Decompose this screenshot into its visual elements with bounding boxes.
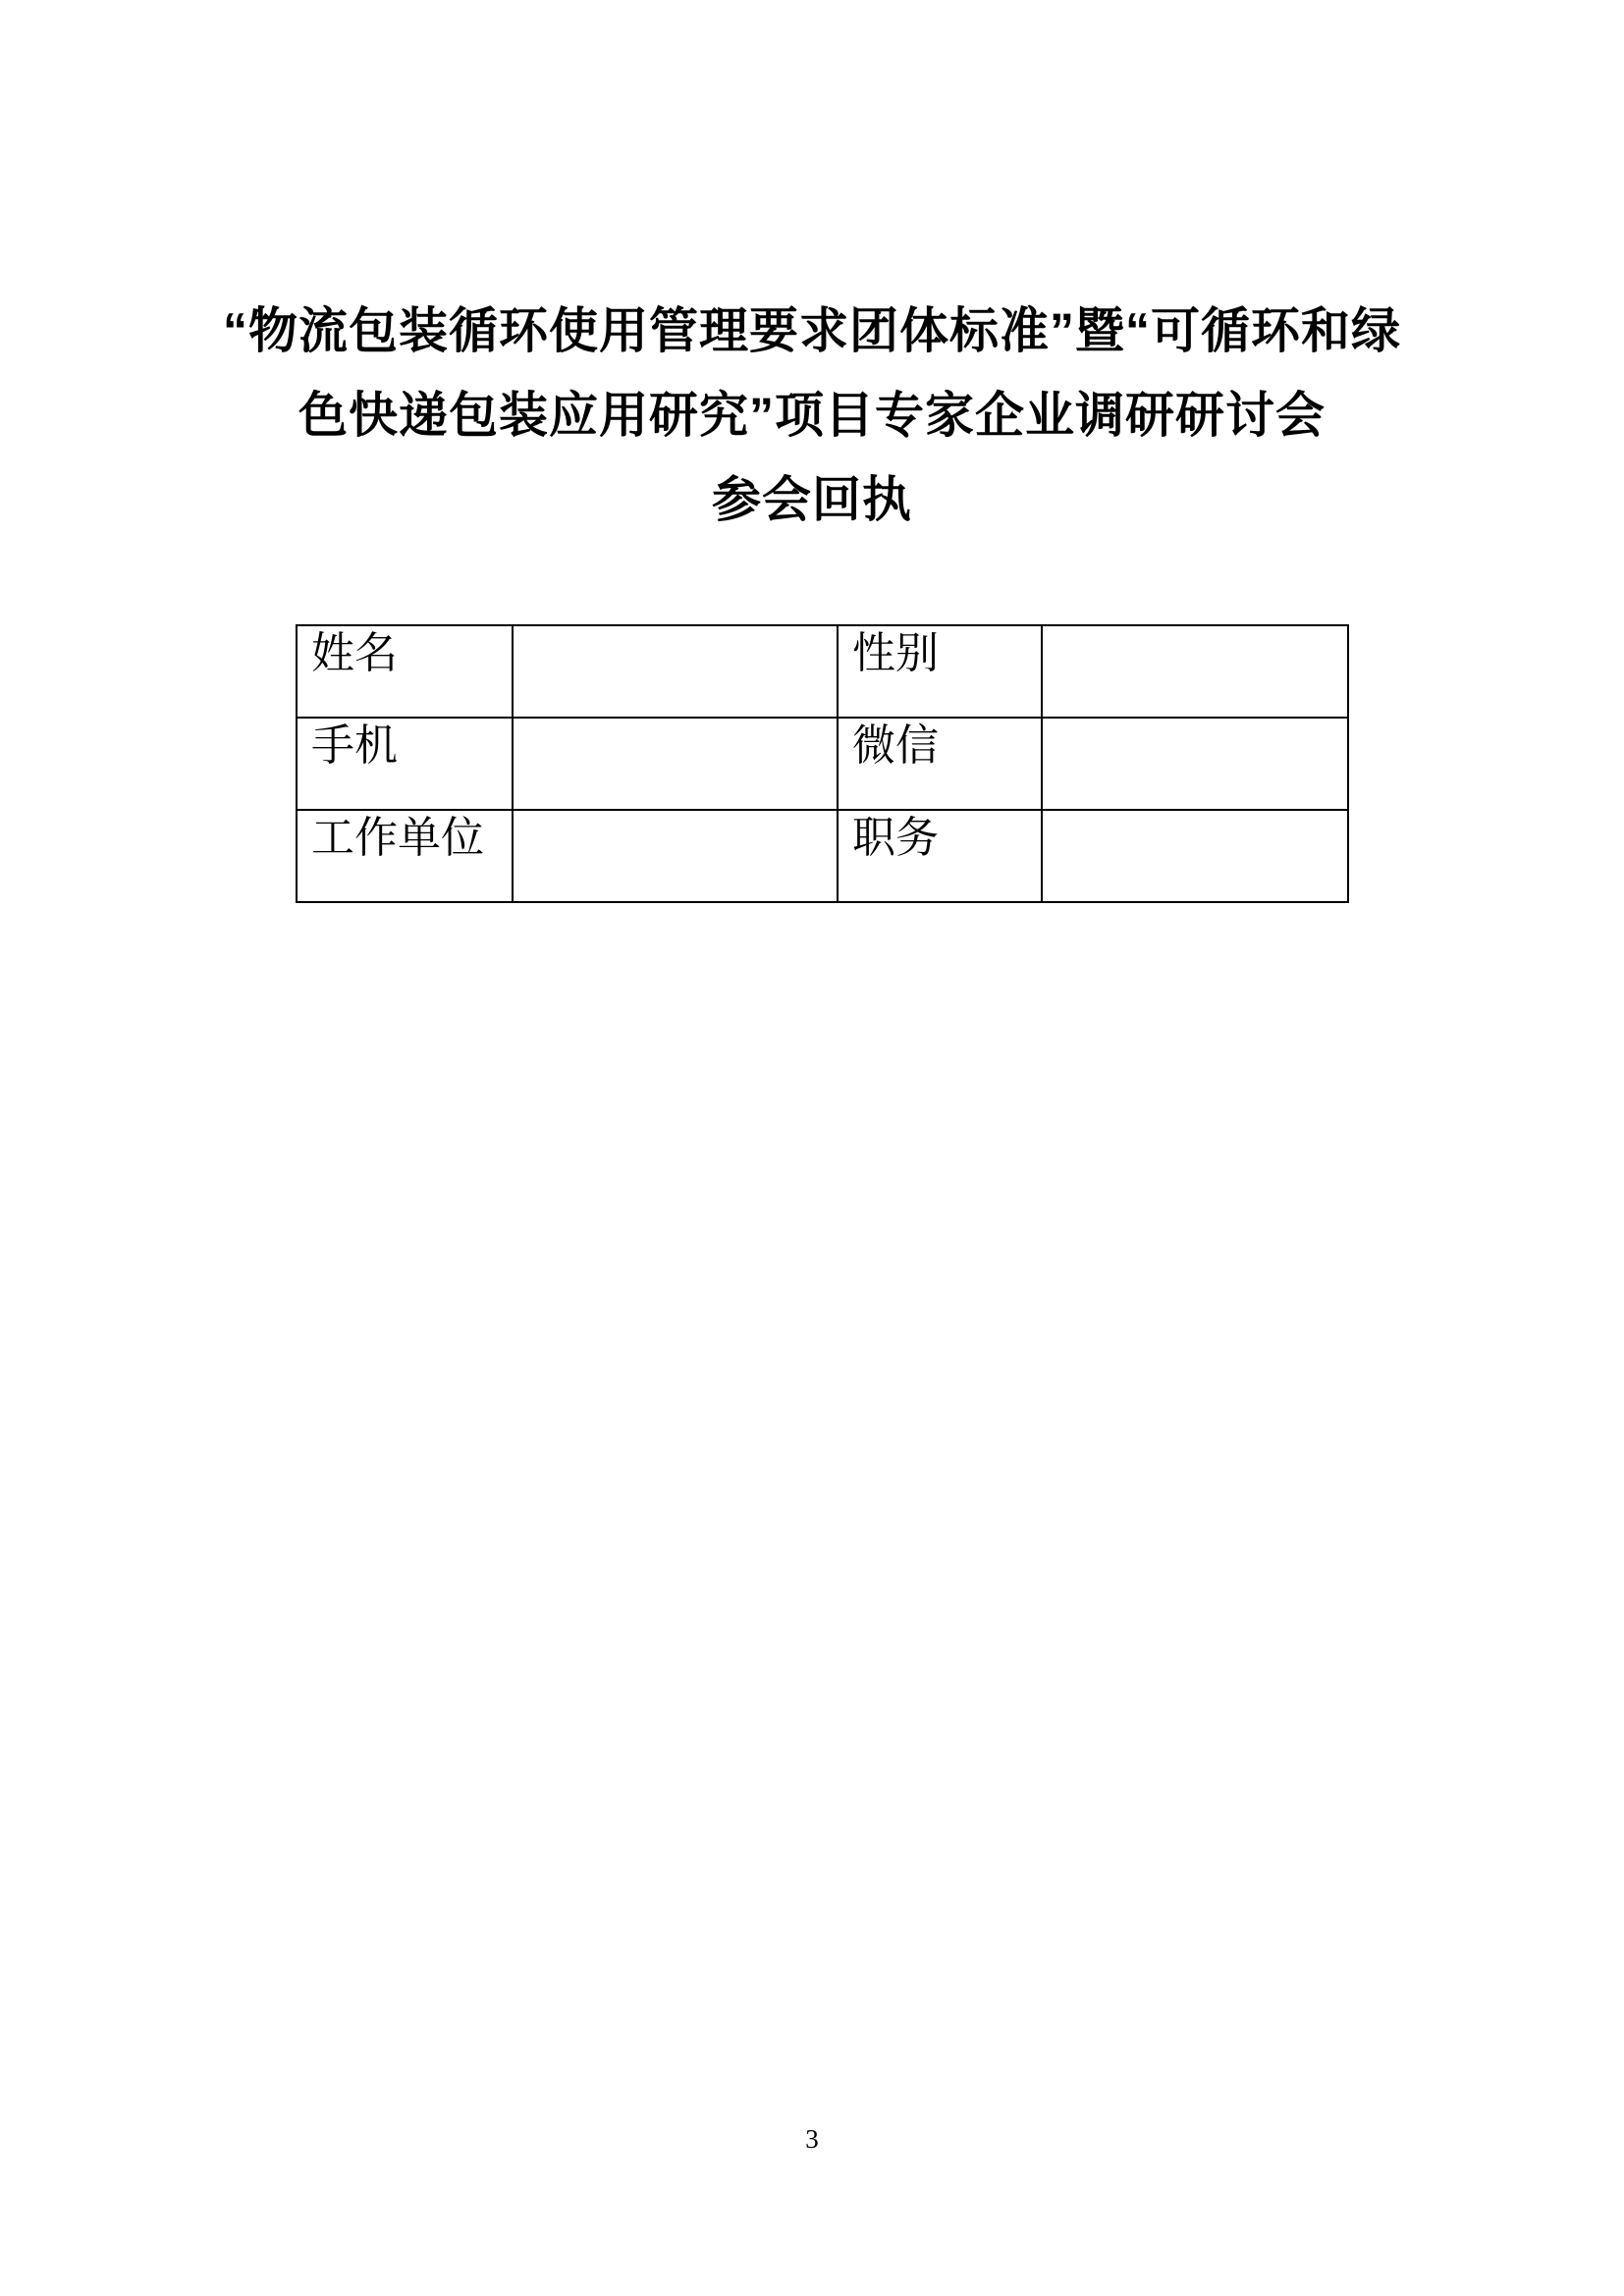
name-value-cell[interactable] <box>513 625 838 718</box>
document-title: “物流包装循环使用管理要求团体标准”暨“可循环和绿 色快递包装应用研究”项目专家… <box>0 289 1624 542</box>
work-unit-value-cell[interactable] <box>513 810 838 902</box>
wechat-value-cell[interactable] <box>1042 718 1348 810</box>
mobile-value-cell[interactable] <box>513 718 838 810</box>
document-subtitle: 参会回执 <box>0 457 1624 542</box>
table-row-mobile-wechat: 手机 微信 <box>297 718 1348 810</box>
document-page: “物流包装循环使用管理要求团体标准”暨“可循环和绿 色快递包装应用研究”项目专家… <box>0 0 1624 2296</box>
gender-value-cell[interactable] <box>1042 625 1348 718</box>
title-line-1: “物流包装循环使用管理要求团体标准”暨“可循环和绿 <box>0 289 1624 373</box>
page-number: 3 <box>0 2124 1624 2154</box>
gender-label-cell: 性别 <box>838 625 1042 718</box>
table-row-workunit-position: 工作单位 职务 <box>297 810 1348 902</box>
mobile-label-cell: 手机 <box>297 718 513 810</box>
title-line-2: 色快递包装应用研究”项目专家企业调研研讨会 <box>0 373 1624 457</box>
reply-form-table: 姓名 性别 手机 微信 工作单位 职务 <box>296 624 1349 903</box>
position-value-cell[interactable] <box>1042 810 1348 902</box>
name-label-cell: 姓名 <box>297 625 513 718</box>
wechat-label-cell: 微信 <box>838 718 1042 810</box>
position-label-cell: 职务 <box>838 810 1042 902</box>
table-row-name-gender: 姓名 性别 <box>297 625 1348 718</box>
work-unit-label-cell: 工作单位 <box>297 810 513 902</box>
